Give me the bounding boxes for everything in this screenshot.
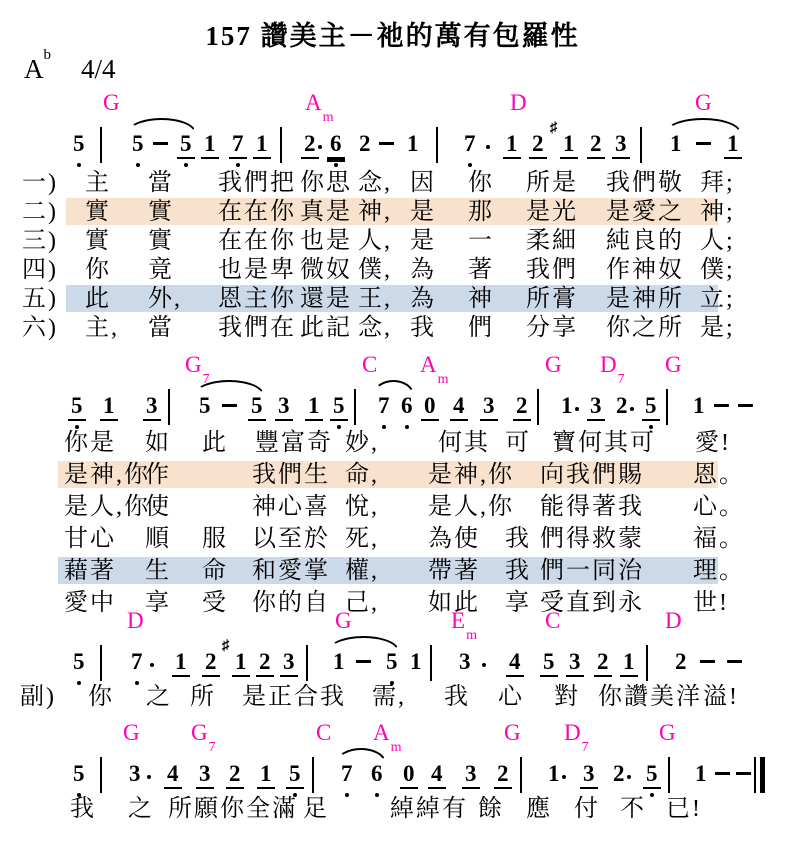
lyric-row: 二)實實在在你真是神,是那是光是愛之神; — [0, 199, 785, 228]
lyric-token: 溢! — [703, 684, 739, 712]
lyric-token: 生 — [145, 558, 171, 586]
lyric-token: 主 — [85, 170, 111, 198]
note-number: 5 — [383, 650, 401, 675]
low-octave-dot — [236, 163, 240, 167]
lyric-row: 六)主,當我們在此記念,我們分享你之所是; — [0, 315, 785, 344]
lyric-token: 們 — [468, 315, 494, 343]
chord-symbol: C — [545, 608, 560, 633]
note-number: 4 — [164, 762, 182, 789]
lyric-token: 綽綽有 — [390, 796, 468, 824]
lyric-token: 為 — [410, 286, 436, 314]
lyric-token: 足 — [303, 796, 329, 824]
note-number: 1 — [253, 132, 271, 159]
note-number: 2 — [610, 762, 628, 787]
chord-symbol: Am — [305, 90, 333, 120]
bar-line — [520, 757, 522, 793]
note-number: 2 — [494, 762, 512, 789]
lyric-token: 人, — [358, 228, 392, 256]
bar-line — [280, 127, 282, 163]
lyric-token: 甘心 — [64, 526, 116, 554]
low-octave-dot — [75, 425, 79, 429]
lyric-token: 命, — [345, 462, 379, 490]
chord-symbol: D — [665, 608, 682, 633]
note-number: 7 — [128, 650, 146, 675]
note-number: 5 — [196, 394, 214, 419]
note-number: 1♯ — [560, 132, 578, 159]
lyric-token: 也是 — [300, 228, 352, 256]
key-accidental-flat: b — [44, 47, 52, 63]
lyric-row: 你是如此豐富奇妙,何其可寶何其可愛! — [0, 430, 785, 462]
chord-symbol: Em — [451, 608, 476, 638]
note-number: 5 — [286, 762, 304, 789]
lyric-row: 甘心順服以至於死,為使我們得救蒙福。 — [0, 526, 785, 558]
note-number: 6 — [368, 762, 386, 787]
lyric-token: 死, — [345, 526, 379, 554]
note-number: 2 — [226, 762, 244, 789]
rest-note: 0 — [400, 762, 418, 789]
low-octave-dot — [334, 163, 338, 167]
lyric-token: 恩主你 — [218, 286, 296, 314]
lyric-token: 念, — [358, 170, 392, 198]
lyric-token: 一 — [468, 228, 494, 256]
lyric-token: 何其 — [438, 430, 490, 458]
lyric-token: 恩。 — [693, 462, 745, 490]
lyric-token: 需, — [372, 684, 406, 712]
chord-symbol: G — [659, 720, 676, 745]
lyric-token: 我們生 — [252, 462, 330, 490]
dash-prolong — [727, 660, 742, 663]
augmentation-dot — [627, 775, 631, 779]
lyric-token: 是神,你 — [64, 462, 150, 490]
note-number: 1 — [257, 762, 275, 789]
dash-prolong — [715, 772, 730, 775]
lyric-token: 副) — [20, 684, 56, 712]
note-number: 1 — [558, 394, 576, 419]
bar-line — [666, 389, 668, 425]
lyric-token: 權, — [345, 558, 379, 586]
note-number: 1 — [407, 650, 425, 675]
lyric-token: 所願你全滿 — [168, 796, 298, 824]
note-number: 1 — [330, 650, 348, 675]
lyric-token: 那 — [468, 199, 494, 227]
lyric-token: 我們 — [526, 257, 578, 285]
lyric-token: 是愛之 — [606, 199, 684, 227]
note-number: 3 — [126, 762, 144, 787]
lyric-token: 愛! — [695, 430, 731, 458]
lyric-token: 可 — [505, 430, 531, 458]
lyric-token: 福。 — [693, 526, 745, 554]
low-octave-dot — [382, 425, 386, 429]
note-number: 2 — [613, 394, 631, 419]
lyric-row: 是人,你使神心喜悅,是人,你能得著我心。 — [0, 494, 785, 526]
lyric-token: 你是 — [64, 430, 116, 458]
note-number: 4 — [506, 650, 524, 677]
lyric-token: 我 — [70, 796, 96, 824]
lyric-token: 當 — [148, 315, 174, 343]
chord-symbol: Am — [420, 352, 448, 382]
note-number: 5 — [540, 650, 558, 677]
lyric-token: 順 — [145, 526, 171, 554]
chord-symbol: G — [545, 352, 562, 377]
lyric-token: 已! — [666, 796, 702, 824]
bar-line — [668, 757, 670, 793]
lyric-token: 悅, — [345, 494, 379, 522]
note-number: 7 — [375, 394, 393, 419]
chord-row: DGEmCD — [0, 608, 785, 634]
dash-prolong — [736, 772, 751, 775]
lyric-token: 所 — [190, 684, 216, 712]
lyric-token: 此 — [202, 430, 228, 458]
note-number: 6 — [398, 394, 416, 419]
bar-line — [646, 645, 648, 681]
note-number: 2 — [513, 394, 531, 421]
note-number: 3 — [580, 762, 598, 789]
dash-prolong — [379, 142, 394, 145]
dash-prolong — [153, 142, 168, 145]
low-octave-dot — [77, 163, 81, 167]
note-number: 3 — [462, 762, 480, 789]
note-number: 4 — [450, 394, 468, 421]
chord-row: GG7CAmGD7G — [0, 720, 785, 746]
note-number: 7 — [229, 132, 247, 159]
lyric-token: 是神,你 — [428, 462, 514, 490]
key-signature: Ab4/4 — [24, 54, 116, 85]
augmentation-dot — [147, 775, 151, 779]
lyric-token: 使 — [145, 494, 171, 522]
lyric-row: 藉著生命和愛掌權,帶著我們一同治理。 — [0, 558, 785, 590]
sharp-icon: ♯ — [550, 121, 558, 136]
note-number: 5 — [129, 132, 147, 157]
chord-symbol: G — [504, 720, 521, 745]
lyric-token: 此記 — [300, 315, 352, 343]
lyric-row: 四)你竟也是卑微奴僕,為著我們作神奴僕; — [0, 257, 785, 286]
note-number: 1 — [404, 132, 422, 157]
lyric-token: 不 — [620, 796, 646, 824]
chord-symbol: G7 — [185, 352, 209, 382]
dash-prolong — [696, 142, 711, 145]
lyric-token: 神心喜 — [252, 494, 330, 522]
lyric-token: 是人,你 — [64, 494, 150, 522]
dash-prolong — [714, 404, 729, 407]
lyric-token: 拜; — [700, 170, 735, 198]
lyric-token: 之 — [146, 684, 172, 712]
chord-symbol: G — [123, 720, 140, 745]
note-number: 5 — [177, 132, 195, 159]
lyric-token: 分享 — [526, 315, 578, 343]
lyric-token: 我 — [444, 684, 470, 712]
note-number: 1 — [692, 762, 710, 787]
lyric-token: 僕; — [700, 257, 735, 285]
low-octave-dot — [468, 163, 472, 167]
augmentation-dot — [562, 775, 566, 779]
note-number: 2 — [356, 132, 374, 157]
note-number: 5 — [70, 132, 88, 157]
lyric-token: 真是 — [300, 199, 352, 227]
lyric-token: 是正合我 — [242, 684, 346, 712]
lyric-token: 為 — [410, 257, 436, 285]
lyric-token: 你之所 — [606, 315, 684, 343]
low-octave-dot — [337, 425, 341, 429]
dash-prolong — [356, 660, 371, 663]
note-number: 5 — [70, 762, 88, 787]
note-number: 3 — [456, 650, 474, 675]
bar-line — [168, 389, 170, 425]
time-signature: 4/4 — [81, 54, 116, 84]
bar-line — [354, 389, 356, 425]
note-number: 1 — [724, 132, 742, 159]
note-number: 3 — [612, 132, 630, 159]
lyric-token: 們得救蒙 — [540, 526, 644, 554]
bar-line — [100, 645, 102, 681]
augmentation-dot — [630, 407, 634, 411]
lyric-token: 神, — [358, 199, 392, 227]
note-number: 3 — [143, 394, 161, 421]
lyric-token: 作 — [145, 462, 171, 490]
chord-symbol: D7 — [600, 352, 624, 382]
augmentation-dot — [482, 663, 486, 667]
lyric-token: 純良的 — [606, 228, 684, 256]
lyric-token: 是 — [410, 228, 436, 256]
lyric-token: 立; — [700, 286, 735, 314]
lyric-row: 五)此外,恩主你還是王,為神所膏是神所立; — [0, 286, 785, 315]
lyric-token: 實 — [148, 228, 174, 256]
lyric-token: 也是卑 — [218, 257, 296, 285]
lyric-token: 豐富奇 — [255, 430, 333, 458]
note-number: 5 — [248, 394, 266, 421]
note-number: 1 — [545, 762, 563, 787]
note-number: 2 — [594, 650, 612, 677]
chord-symbol: D — [127, 608, 144, 633]
chord-symbol: D7 — [564, 720, 588, 750]
lyric-token: 神; — [700, 199, 735, 227]
note-number: 1 — [690, 394, 708, 419]
note-number: 7 — [461, 132, 479, 157]
dash-prolong — [700, 660, 715, 663]
lyric-token: 我們把 — [218, 170, 296, 198]
lyric-token: 們一同治 — [540, 558, 644, 586]
lyric-token: 僕, — [358, 257, 392, 285]
note-number: 1♯ — [232, 650, 250, 677]
augmentation-dot — [150, 663, 154, 667]
lyric-row: 是神,你作我們生命,是神,你向我們賜恩。 — [0, 462, 785, 494]
bar-line — [306, 645, 308, 681]
lyric-token: 是 — [410, 199, 436, 227]
lyric-row: 三)實實在在你也是人,是一柔細純良的人; — [0, 228, 785, 257]
lyric-token: 所膏 — [526, 286, 578, 314]
lyric-token: 當 — [148, 170, 174, 198]
lyric-token: 還是 — [300, 286, 352, 314]
hymn-sheet: 157 讚美主－祂的萬有包羅性 Ab4/4 GAmDG5551712621712… — [0, 0, 785, 848]
bar-line — [312, 757, 314, 793]
lyric-token: 餘 — [478, 796, 504, 824]
lyric-token: 竟 — [148, 257, 174, 285]
bar-line — [430, 645, 432, 681]
hymn-title: 157 讚美主－祂的萬有包羅性 — [0, 14, 785, 53]
lyric-token: 和愛掌 — [252, 558, 330, 586]
lyric-token: 你 — [85, 257, 111, 285]
lyric-token: 在在你 — [218, 228, 296, 256]
low-octave-dot — [184, 163, 188, 167]
chord-row: G7CAmGD7G — [0, 352, 785, 378]
note-number: 5 — [642, 394, 660, 421]
lyric-token: 所是 — [526, 170, 578, 198]
lyric-token: 一) — [22, 170, 58, 198]
note-number: 1 — [305, 394, 323, 421]
lyric-token: 理。 — [693, 558, 745, 586]
lyric-token: 三) — [22, 228, 58, 256]
note-number: 1 — [100, 394, 118, 421]
lyric-token: 對 — [554, 684, 580, 712]
low-octave-dot — [405, 425, 409, 429]
lyric-token: 六) — [22, 315, 58, 343]
chord-symbol: G — [335, 608, 352, 633]
lyric-token: 我們敬 — [606, 170, 684, 198]
note-number: 2 — [301, 132, 319, 159]
note-number: 5 — [68, 394, 86, 421]
note-number: 5 — [643, 762, 661, 789]
lyric-token: 實 — [85, 228, 111, 256]
lyric-token: 付 — [574, 796, 600, 824]
lyric-token: 人; — [700, 228, 735, 256]
note-number: 3 — [566, 650, 584, 677]
lyric-token: 我們在 — [218, 315, 296, 343]
bar-line — [640, 127, 642, 163]
lyric-token: 心 — [498, 684, 524, 712]
chord-symbol: G — [695, 90, 712, 115]
bar-line — [436, 127, 438, 163]
chord-symbol: G7 — [191, 720, 215, 750]
note-number: 2 — [587, 132, 605, 159]
lyric-token: 能得著我 — [540, 494, 644, 522]
lyric-token: 王, — [358, 286, 392, 314]
lyric-token: 妙, — [345, 430, 379, 458]
lyric-token: 念, — [358, 315, 392, 343]
note-number: 3 — [275, 394, 293, 421]
lyric-row: 一)主當我們把你思念,因你所是我們敬拜; — [0, 170, 785, 199]
note-number: 3 — [196, 762, 214, 789]
note-number: 1 — [201, 132, 219, 159]
note-number: 2 — [202, 650, 220, 677]
lyric-token: 如 — [145, 430, 171, 458]
lyric-token: 之 — [128, 796, 154, 824]
low-octave-dot — [136, 163, 140, 167]
lyric-token: 服 — [202, 526, 228, 554]
note-number: 4 — [428, 762, 446, 789]
note-number: 1 — [503, 132, 521, 159]
lyric-token: 我 — [410, 315, 436, 343]
lyric-token: 實 — [85, 199, 111, 227]
lyric-token: 神 — [468, 286, 494, 314]
lyric-token: 著 — [468, 257, 494, 285]
lyric-token: 藉著 — [64, 558, 116, 586]
rest-note: 0 — [421, 394, 439, 421]
lyric-token: 主, — [85, 315, 119, 343]
key-letter: A — [24, 54, 44, 84]
final-bar-line — [754, 757, 765, 793]
lyric-token: 是; — [700, 315, 735, 343]
note-number: 3 — [280, 650, 298, 677]
lyric-token: 帶著 — [428, 558, 480, 586]
note-number: 5 — [330, 394, 348, 421]
chord-symbol: C — [362, 352, 377, 377]
note-number: 1 — [667, 132, 685, 157]
lyric-token: 此 — [85, 286, 111, 314]
note-number: 1 — [172, 650, 190, 677]
lyric-token: 是光 — [526, 199, 578, 227]
lyric-row: 我之所願你全滿足綽綽有餘應付不已! — [0, 796, 785, 826]
lyric-token: 作神奴 — [606, 257, 684, 285]
lyric-token: 你 — [468, 170, 494, 198]
notation-row: 55517126217121♯2311 — [0, 118, 785, 174]
low-octave-dot — [649, 425, 653, 429]
chord-row: GAmDG — [0, 90, 785, 116]
lyric-token: 向我們賜 — [540, 462, 644, 490]
augmentation-dot — [486, 145, 490, 149]
sharp-icon: ♯ — [222, 639, 230, 654]
dash-prolong — [738, 404, 753, 407]
augmentation-dot — [318, 145, 322, 149]
lyric-token: 你 — [88, 684, 114, 712]
chord-symbol: D — [510, 90, 527, 115]
notation-row: 5135531576043213251 — [0, 380, 785, 436]
lyric-token: 在在你 — [218, 199, 296, 227]
lyric-token: 你思 — [300, 170, 352, 198]
lyric-token: 因 — [410, 170, 436, 198]
lyric-row: 副)你之所是正合我需,我心對你讚美洋溢! — [0, 684, 785, 714]
lyric-token: 心。 — [693, 494, 745, 522]
note-number: 2 — [529, 132, 547, 159]
note-number: 5 — [70, 650, 88, 675]
chord-symbol: C — [316, 720, 331, 745]
lyric-token: 是神所 — [606, 286, 684, 314]
bar-line — [100, 127, 102, 163]
lyric-token: 五) — [22, 286, 58, 314]
lyric-token: 寶何其可 — [552, 430, 656, 458]
dash-prolong — [222, 404, 237, 407]
lyric-token: 實 — [148, 199, 174, 227]
chord-symbol: G — [103, 90, 120, 115]
lyric-token: 以至於 — [252, 526, 330, 554]
note-number: 7 — [338, 762, 356, 787]
lyric-token: 命 — [202, 558, 228, 586]
lyric-token: 為使 — [428, 526, 480, 554]
note-number: 6 — [327, 132, 345, 159]
lyric-token: 我 — [505, 558, 531, 586]
bar-line — [100, 757, 102, 793]
lyric-token: 二) — [22, 199, 58, 227]
lyric-token: 外, — [148, 286, 182, 314]
lyric-token: 柔細 — [526, 228, 578, 256]
lyric-token: 應 — [526, 796, 552, 824]
note-number: 2 — [256, 650, 274, 677]
note-number: 3 — [587, 394, 605, 421]
lyric-token: 四) — [22, 257, 58, 285]
bar-line — [537, 389, 539, 425]
chord-symbol: Am — [373, 720, 401, 750]
note-number: 1 — [620, 650, 638, 677]
lyric-token: 微奴 — [300, 257, 352, 285]
lyric-token: 是人,你 — [428, 494, 514, 522]
lyric-token: 你讚美洋 — [598, 684, 702, 712]
chord-symbol: G — [665, 352, 682, 377]
augmentation-dot — [575, 407, 579, 411]
lyric-token: 我 — [505, 526, 531, 554]
note-number: 2 — [672, 650, 690, 675]
note-number: 3 — [480, 394, 498, 421]
